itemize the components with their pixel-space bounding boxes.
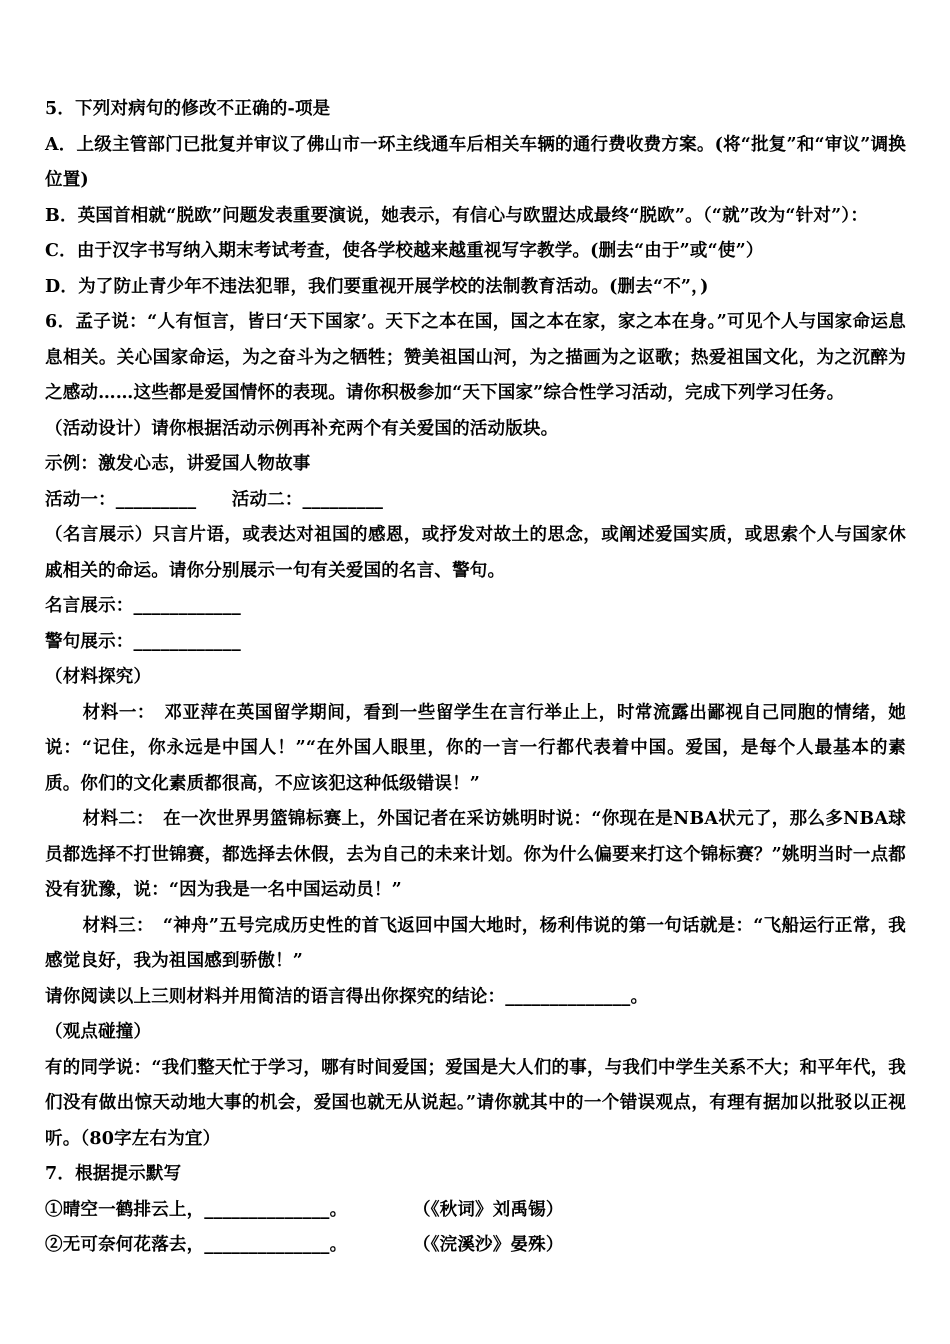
question-5-option-d: D．为了防止青少年不违法犯罪，我们要重视开展学校的法制教育活动。(删去“不”，) xyxy=(45,270,906,306)
question-5-option-b: B．英国首相就“脱欧”问题发表重要演说，她表示，有信心与欧盟达成最终“脱欧”。（… xyxy=(45,199,906,235)
activity-design-prompt: （活动设计）请你根据活动示例再补充两个有关爱国的活动版块。 xyxy=(45,412,906,448)
question-5-option-c: C．由于汉字书写纳入期末考试考查，使各学校越来越重视写字教学。(删去“由于”或“… xyxy=(45,234,906,270)
memorization-item-2-text: ②无可奈何花落去，______________。 xyxy=(45,1235,347,1255)
activity-example: 示例：激发心志，讲爱国人物故事 xyxy=(45,447,906,483)
material-3-paragraph: 材料三： “神舟”五号完成历史性的首飞返回中国大地时，杨利伟说的第一句话就是：“… xyxy=(45,909,906,980)
memorization-item-2-source: （《浣溪沙》晏殊） xyxy=(413,1228,564,1264)
aphorism-blank-line: 警句展示：____________ xyxy=(45,625,906,661)
memorization-item-1-text: ①晴空一鹤排云上，______________。 xyxy=(45,1200,347,1220)
memorization-item-1-source: （《秋词》刘禹锡） xyxy=(413,1193,564,1229)
material-2-paragraph: 材料二： 在一次世界男篮锦标赛上，外国记者在采访姚明时说：“你现在是NBA状元了… xyxy=(45,802,906,909)
question-7-title: 7．根据提示默写 xyxy=(45,1157,906,1193)
famous-quote-blank-line: 名言展示：____________ xyxy=(45,589,906,625)
quote-display-prompt: （名言展示）只言片语，或表达对祖国的感恩，或抒发对故土的思念，或阐述爱国实质，或… xyxy=(45,518,906,589)
exam-document-page: 5．下列对病句的修改不正确的-项是 A．上级主管部门已批复并审议了佛山市一环主线… xyxy=(0,0,950,1344)
viewpoint-paragraph: 有的同学说：“我们整天忙于学习，哪有时间爱国；爱国是大人们的事，与我们中学生关系… xyxy=(45,1051,906,1158)
question-6-intro: 6．孟子说：“人有恒言，皆曰‘天下国家’。天下之本在国，国之本在家，家之本在身。… xyxy=(45,305,906,412)
memorization-item-1: ①晴空一鹤排云上，______________。 （《秋词》刘禹锡） xyxy=(45,1193,906,1229)
question-5-option-a: A．上级主管部门已批复并审议了佛山市一环主线通车后相关车辆的通行费收费方案。(将… xyxy=(45,128,906,199)
material-exploration-header: （材料探究） xyxy=(45,660,906,696)
viewpoint-clash-header: （观点碰撞） xyxy=(45,1015,906,1051)
material-1-paragraph: 材料一： 邓亚萍在英国留学期间，看到一些留学生在言行举止上，时常流露出鄙视自己同… xyxy=(45,696,906,803)
question-5-title: 5．下列对病句的修改不正确的-项是 xyxy=(45,92,906,128)
activity-blank-line: 活动一：_________ 活动二：_________ xyxy=(45,483,906,519)
memorization-item-2: ②无可奈何花落去，______________。 （《浣溪沙》晏殊） xyxy=(45,1228,906,1264)
conclusion-blank-line: 请你阅读以上三则材料并用简洁的语言得出你探究的结论：______________… xyxy=(45,980,906,1016)
